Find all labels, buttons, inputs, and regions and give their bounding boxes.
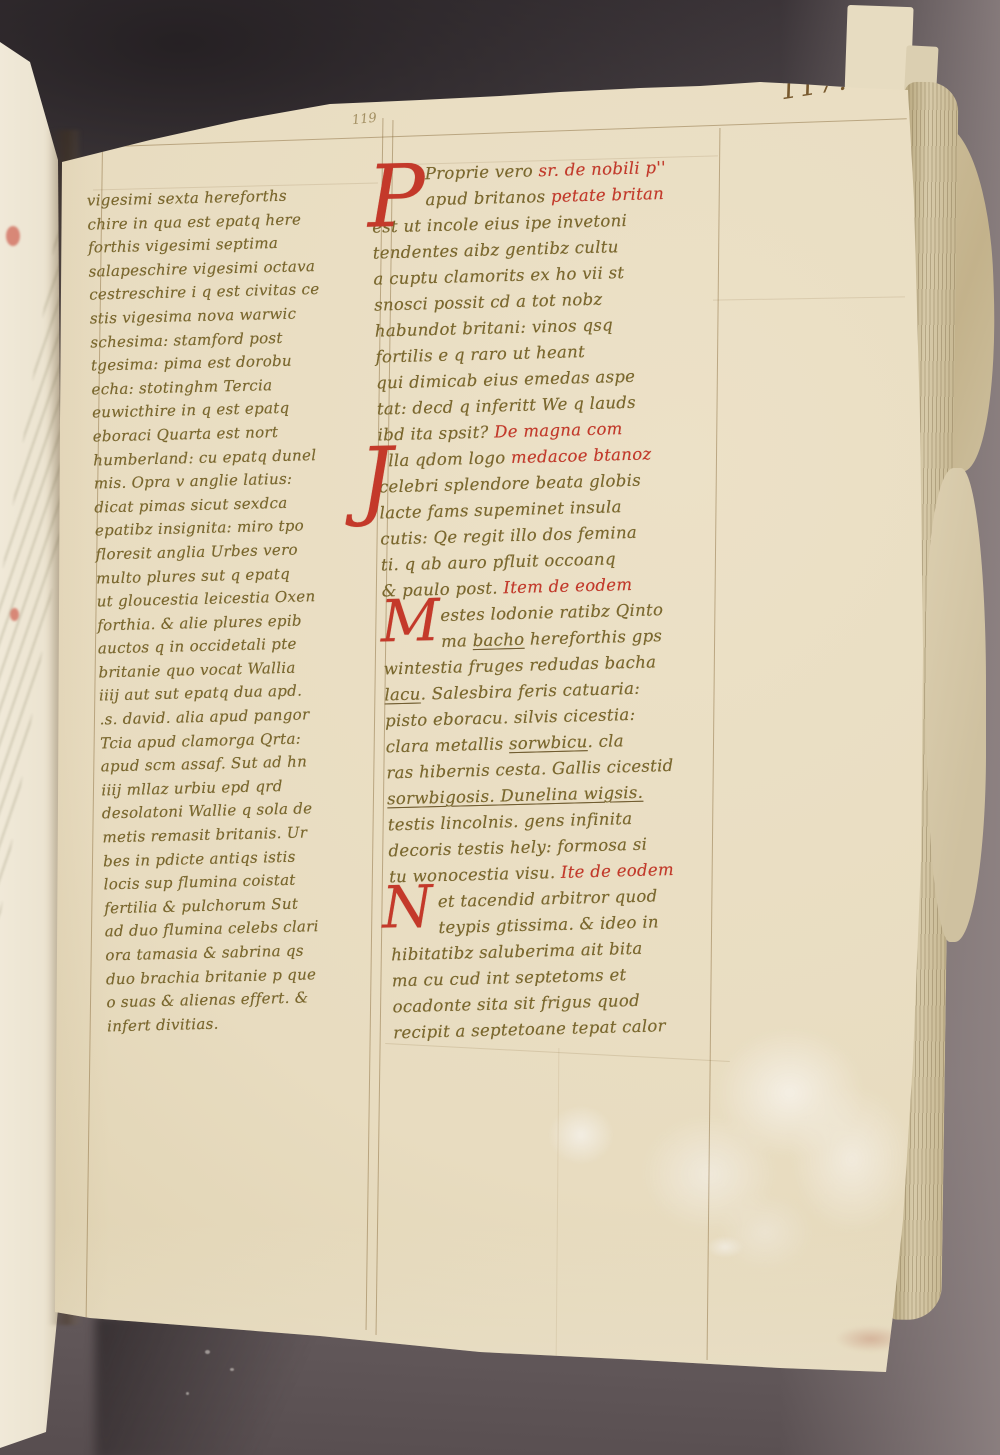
ink-text: cutis: Qe regit illo dos femina	[380, 523, 637, 549]
ink-text: Proprie vero	[425, 161, 539, 183]
ink-text: estes lodonie ratibz Qinto	[440, 600, 663, 625]
ink-text: duo brachia britanie p que	[106, 965, 317, 988]
ink-text: lacte fams supeminet insula	[379, 497, 622, 522]
dust-speck	[230, 1368, 234, 1371]
ink-text: habundot britani: vinos qsq	[375, 315, 614, 340]
ink-text: forthis vigesimi septima	[88, 234, 278, 257]
ink-text: salapeschire vigesimi octava	[88, 257, 315, 281]
ink-text: metis remasit britanis. Ur	[102, 823, 307, 846]
ink-text: teypis gtissima. & ideo in	[438, 912, 659, 937]
ink-text: . cla	[587, 731, 624, 751]
fold-crease	[556, 1048, 560, 1360]
ink-text: tgesima: pima est dorobu	[91, 352, 292, 375]
ink-text: euwicthire in q est epatq	[92, 399, 290, 422]
ink-text: apud scm assaf. Sut ad hn	[101, 753, 308, 776]
fore-edge-page-top	[844, 5, 913, 99]
ink-text: fertilia & pulchorum Sut	[104, 894, 298, 917]
ink-text: ti. q ab auro pfluit occoanq	[381, 549, 616, 574]
ink-text: iiij aut sut epatq dua apd.	[99, 682, 303, 705]
book-shadow	[95, 1315, 355, 1455]
dust-speck	[186, 1392, 189, 1395]
ink-text: clara metallis	[386, 734, 510, 756]
ink-text: ut gloucestia leicestia Oxen	[97, 587, 316, 610]
ink-text: forthia. & alie plures epib	[97, 611, 302, 634]
ink-text: apud britanos	[425, 187, 551, 209]
ink-text: Tcia apud clamorga Qrta:	[100, 729, 301, 752]
rubric-text: De magna com	[494, 419, 623, 441]
ink-text: mis. Opra v anglie latius:	[94, 470, 293, 493]
ink-text: o suas & alienas effert. &	[106, 989, 308, 1012]
ink-text: hibitatibz saluberima ait bita	[391, 939, 643, 965]
rubricated-initial-i: J	[358, 436, 395, 523]
ink-text: bacho	[472, 630, 524, 650]
ink-text: .s. david. alia apud pangor	[99, 705, 309, 728]
ink-text: chire in qua est epatq here	[87, 210, 301, 233]
ink-text: celebri splendore beata globis	[379, 471, 641, 497]
ink-text: auctos q in occidetali pte	[98, 635, 297, 658]
leaf-number: 119	[351, 111, 377, 129]
ink-text: lacu	[384, 685, 421, 705]
ink-text: stis vigesima nova warwic	[90, 304, 297, 327]
ink-text: ma cu cud int septetoms et	[392, 965, 627, 990]
dust-speck	[205, 1350, 210, 1354]
ink-text: snosci possit cd a tot nobz	[374, 290, 603, 315]
ink-text: a cuptu clamorits ex ho vii st	[373, 263, 624, 289]
rubricated-initial-p: P	[366, 153, 426, 240]
ink-text: bes in pdicte antiqs istis	[103, 847, 296, 870]
ink-text: cestreschire i q est civitas ce	[89, 280, 320, 304]
right-column: P J M N Proprie vero sr. de nobili p''ap…	[370, 154, 735, 1047]
ink-text: vigesimi sexta hereforths	[87, 187, 287, 210]
ink-text: multo plures sut q epatq	[96, 564, 290, 587]
rubric-text: petate britan	[551, 184, 665, 206]
ink-text: sorwbigosis. Dunelina wigsis.	[387, 783, 644, 809]
rubric-text: Item de eodem	[503, 575, 632, 597]
ink-text: schesima: stamford post	[90, 328, 283, 351]
fore-edge-rough-parchment-lower	[926, 468, 986, 942]
ink-text: sorwbicu	[509, 732, 588, 753]
rubric-text: sr. de nobili p''	[538, 158, 666, 180]
ink-text: ras hibernis cesta. Gallis cicestid	[386, 756, 674, 783]
ink-text: locis sup flumina coistat	[103, 871, 295, 894]
ruling-line	[713, 296, 905, 300]
ink-text: testis lincolnis. gens infinita	[388, 809, 633, 834]
parchment-stain	[610, 1000, 920, 1290]
ink-text: ora tamasia & sabrina qs	[105, 942, 304, 965]
ink-text: epatibz insignita: miro tpo	[95, 517, 304, 540]
ink-text: britanie quo vocat Wallia	[98, 659, 296, 682]
manuscript-photo: 117. 119 vigesimi sexta hereforthschire …	[0, 0, 1000, 1455]
ink-text: infert divitias.	[107, 1014, 219, 1035]
ink-text: ad duo flumina celebs clari	[105, 918, 319, 941]
ink-text: fortilis e q raro ut heant	[375, 342, 585, 366]
previous-page-rubric-mark	[6, 226, 20, 246]
manuscript-page: 117. 119 vigesimi sexta hereforthschire …	[0, 0, 1000, 1455]
ink-text: ibd ita spsit?	[377, 422, 494, 444]
ink-text: floresit anglia Urbes vero	[95, 540, 298, 563]
ink-text: lla qdom logo	[388, 448, 511, 470]
ink-text: hereforthis gps	[524, 626, 662, 649]
parchment-stain	[706, 1236, 744, 1258]
rubric-text: medacoe btanoz	[511, 444, 652, 467]
left-column: vigesimi sexta hereforthschire in qua es…	[87, 183, 392, 1039]
ink-text: dicat pimas sicut sexdca	[94, 494, 287, 517]
rubricated-initial-n: N	[381, 877, 434, 936]
ink-text: qui dimicab eius emedas aspe	[376, 367, 635, 393]
ink-text: ocadonte sita sit frigus quod	[392, 991, 640, 1016]
ink-text: echa: stotinghm Tercia	[91, 376, 272, 398]
ink-text: wintestia fruges redudas bacha	[383, 652, 656, 678]
ink-text: eboraci Quarta est nort	[92, 423, 278, 446]
ink-text: humberland: cu epatq dunel	[93, 446, 316, 469]
ink-text: iiij mllaz urbiu epd qrd	[101, 777, 283, 799]
ink-text: . Salesbira feris catuaria:	[420, 679, 640, 704]
ink-text: pisto eboracu. silvis cicestia:	[385, 705, 636, 731]
rubric-text: Ite de eodem	[561, 860, 674, 882]
ink-text: tat: decd q inferitt We q lauds	[377, 393, 636, 419]
ink-text: ma	[441, 631, 473, 651]
ink-text: desolatoni Wallie q sola de	[102, 800, 313, 823]
ink-text: et tacendid arbitror quod	[438, 886, 658, 911]
ink-text: decoris testis hely: formosa si	[388, 835, 647, 861]
ink-text: recipit a septetoane tepat calor	[393, 1016, 666, 1042]
rubricated-initial-m: M	[380, 591, 441, 651]
previous-page-rubric-mark	[10, 608, 19, 621]
